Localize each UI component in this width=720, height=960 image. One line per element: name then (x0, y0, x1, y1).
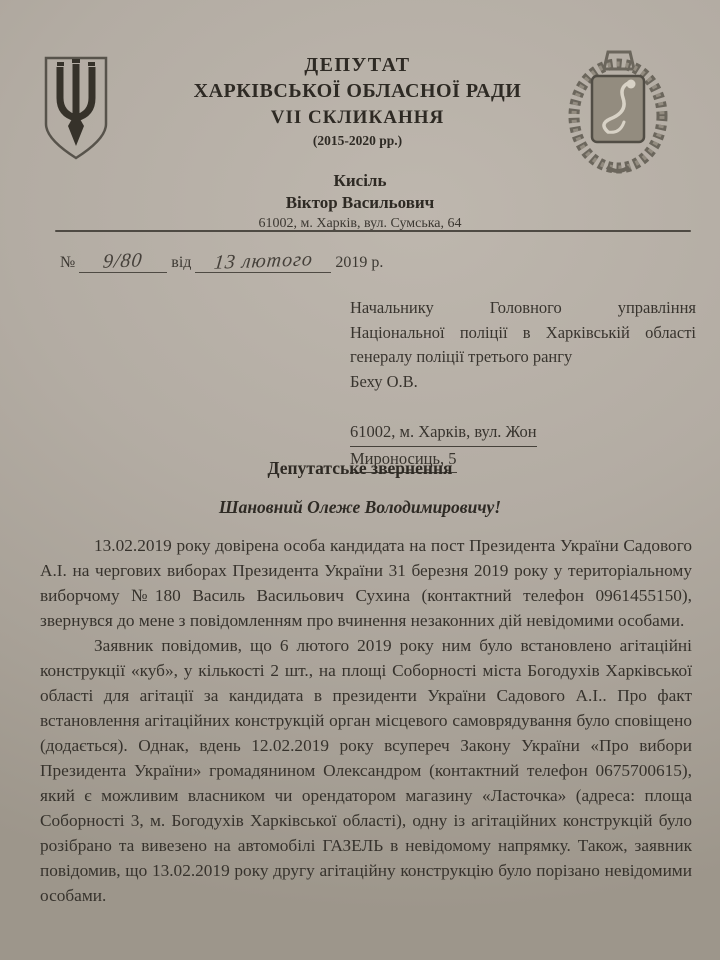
letterhead-line-3: VII СКЛИКАННЯ (125, 105, 590, 131)
deputy-given-names: Віктор Васильович (0, 192, 720, 214)
letterhead-line-2: ХАРКІВСЬКОЇ ОБЛАСНОЇ РАДИ (125, 78, 590, 105)
ref-number-field: 9/80 (79, 252, 167, 273)
letter-body: 13.02.2019 року довірена особа кандидата… (40, 533, 692, 908)
reference-line: № 9/80 від 13 лютого 2019 р. (60, 252, 383, 273)
deputy-surname: Кисіль (0, 170, 720, 192)
letterhead-years: (2015-2020 рр.) (125, 131, 590, 151)
recipient-line: Начальнику Головного управління (350, 296, 696, 321)
ref-date-field: 13 лютого (195, 252, 331, 273)
trident-emblem-icon (37, 52, 115, 168)
recipient-line: генералу поліції третього рангу (350, 345, 696, 370)
deputy-name-block: Кисіль Віктор Васильович 61002, м. Харкі… (0, 170, 720, 234)
letterhead-line-1: ДЕПУТАТ (125, 52, 590, 78)
recipient-block: Начальнику Головного управління Націонал… (350, 296, 696, 473)
recipient-line: Беху О.В. (350, 370, 696, 395)
scanned-letter-page: ДЕПУТАТ ХАРКІВСЬКОЇ ОБЛАСНОЇ РАДИ VII СК… (0, 0, 720, 960)
letterhead-divider (55, 230, 691, 232)
ref-number-label: № (60, 254, 75, 271)
recipient-address-line: 61002, м. Харків, вул. Жон (350, 420, 537, 447)
ref-number-value-handwritten: 9/80 (103, 251, 144, 270)
recipient-gap (350, 394, 696, 420)
ref-date-value-handwritten: 13 лютого (213, 250, 314, 272)
body-paragraph-2: Заявник повідомив, що 6 лютого 2019 року… (40, 633, 692, 908)
letterhead: ДЕПУТАТ ХАРКІВСЬКОЇ ОБЛАСНОЇ РАДИ VII СК… (125, 52, 590, 151)
ref-from-label: від (171, 254, 191, 271)
recipient-line: Національної поліції в Харківській облас… (350, 321, 696, 346)
body-paragraph-1: 13.02.2019 року довірена особа кандидата… (40, 533, 692, 633)
ref-year-label: 2019 р. (335, 254, 383, 271)
salutation: Шановний Олеже Володимировичу! (0, 497, 720, 518)
document-title: Депутатське звернення (0, 458, 720, 479)
